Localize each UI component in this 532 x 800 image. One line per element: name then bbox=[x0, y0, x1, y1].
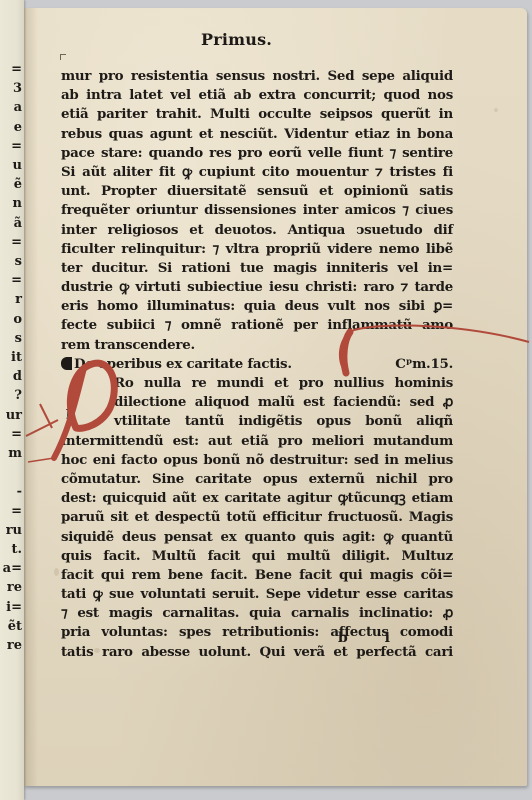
facing-page-glyphs: = 3 a e = u ẽ n ã = s = r o s it d ? ur … bbox=[0, 60, 22, 655]
facing-glyph: = bbox=[11, 425, 22, 444]
facing-glyph: a bbox=[14, 98, 22, 117]
facing-glyph: u bbox=[13, 156, 22, 175]
text-line: ab intra latet vel etiã ab extra concurr… bbox=[61, 86, 453, 105]
text-line: siquidẽ deus pensat ex quanto quis agit:… bbox=[61, 528, 453, 547]
facing-glyph: = bbox=[11, 137, 22, 156]
facing-glyph: ẽ bbox=[14, 175, 22, 194]
text-line: cõmutatur. Sine caritate opus externũ ni… bbox=[61, 470, 453, 489]
facing-glyph: d bbox=[13, 367, 22, 386]
facing-glyph: ur bbox=[6, 406, 22, 425]
text-line: eris homo illuminatus: quia deus vult no… bbox=[61, 297, 453, 316]
facing-page-edge: = 3 a e = u ẽ n ã = s = r o s it d ? ur … bbox=[0, 0, 24, 800]
text-line: mur pro resistentia sensus nostri. Sed s… bbox=[61, 67, 453, 86]
facing-glyph: i= bbox=[6, 598, 22, 617]
red-initial-p-icon bbox=[24, 358, 134, 468]
facing-glyph: re bbox=[7, 636, 22, 655]
signature-mark: b i bbox=[338, 630, 406, 646]
facing-glyph: s bbox=[15, 252, 22, 271]
facing-glyph: a= bbox=[3, 559, 22, 578]
facing-glyph: s bbox=[15, 329, 22, 348]
text-line: frequẽter oriuntur dissensiones inter am… bbox=[61, 201, 453, 220]
text-line: paruũ sit et despectũ totũ efficitur fru… bbox=[61, 508, 453, 527]
book-page: Primus. mur pro resistentia sensus nostr… bbox=[24, 8, 527, 786]
text-line: dest: quicquid aũt ex caritate agitur ꝙt… bbox=[61, 489, 453, 508]
text-line: ⁊ est magis carnalitas. quia carnalis in… bbox=[61, 604, 453, 623]
red-capitulum-stroke-icon bbox=[324, 318, 532, 378]
facing-glyph: = bbox=[11, 233, 22, 252]
facing-glyph: m bbox=[8, 444, 22, 463]
text-line: quis facit. Multũ facit qui multũ diligi… bbox=[61, 547, 453, 566]
facing-glyph: ? bbox=[14, 386, 22, 405]
facing-glyph: e bbox=[14, 118, 22, 137]
facing-glyph: = bbox=[11, 271, 22, 290]
facing-glyph: r bbox=[15, 290, 22, 309]
facing-glyph: it bbox=[11, 348, 22, 367]
paper-stain bbox=[494, 108, 498, 112]
facing-glyph: re bbox=[7, 578, 22, 597]
text-line: dustrie ꝙ virtuti subiectiue iesu christ… bbox=[61, 278, 453, 297]
text-line: tati ꝙ sue voluntati seruit. Sepe videtu… bbox=[61, 585, 453, 604]
text-line: ficulter relinquitur: ⁊ vltra propriũ vi… bbox=[61, 240, 453, 259]
text-line: rebus quas agunt et nesciũt. Videntur et… bbox=[61, 125, 453, 144]
text-line: ter ducitur. Si rationi tue magis innite… bbox=[61, 259, 453, 278]
facing-glyph: ã bbox=[14, 214, 22, 233]
text-line: Si aũt aliter fit ꝙ cupiunt cito mouentu… bbox=[61, 163, 453, 182]
text-line: etiã pariter trahit. Multi occulte seips… bbox=[61, 105, 453, 124]
facing-glyph bbox=[17, 463, 22, 482]
facing-glyph: - bbox=[17, 482, 22, 501]
text-line: inter religiosos et deuotos. Antiqua ↄsu… bbox=[61, 221, 453, 240]
facing-glyph: = bbox=[11, 502, 22, 521]
running-head: Primus. bbox=[201, 30, 272, 49]
text-line: pace stare: quando res pro eorũ velle fi… bbox=[61, 144, 453, 163]
facing-glyph: t. bbox=[11, 540, 22, 559]
paper-stain bbox=[54, 568, 59, 576]
facing-glyph: 3 bbox=[13, 79, 22, 98]
facing-glyph: o bbox=[13, 310, 22, 329]
facing-glyph: ẽt bbox=[8, 617, 22, 636]
facing-glyph: = bbox=[11, 60, 22, 79]
text-line: facit qui rem bene facit. Bene facit qui… bbox=[61, 566, 453, 585]
text-line: unt. Propter diuersitatẽ sensuũ et opini… bbox=[61, 182, 453, 201]
corner-mark bbox=[60, 54, 66, 60]
facing-glyph: ru bbox=[6, 521, 22, 540]
facing-glyph: n bbox=[13, 194, 22, 213]
